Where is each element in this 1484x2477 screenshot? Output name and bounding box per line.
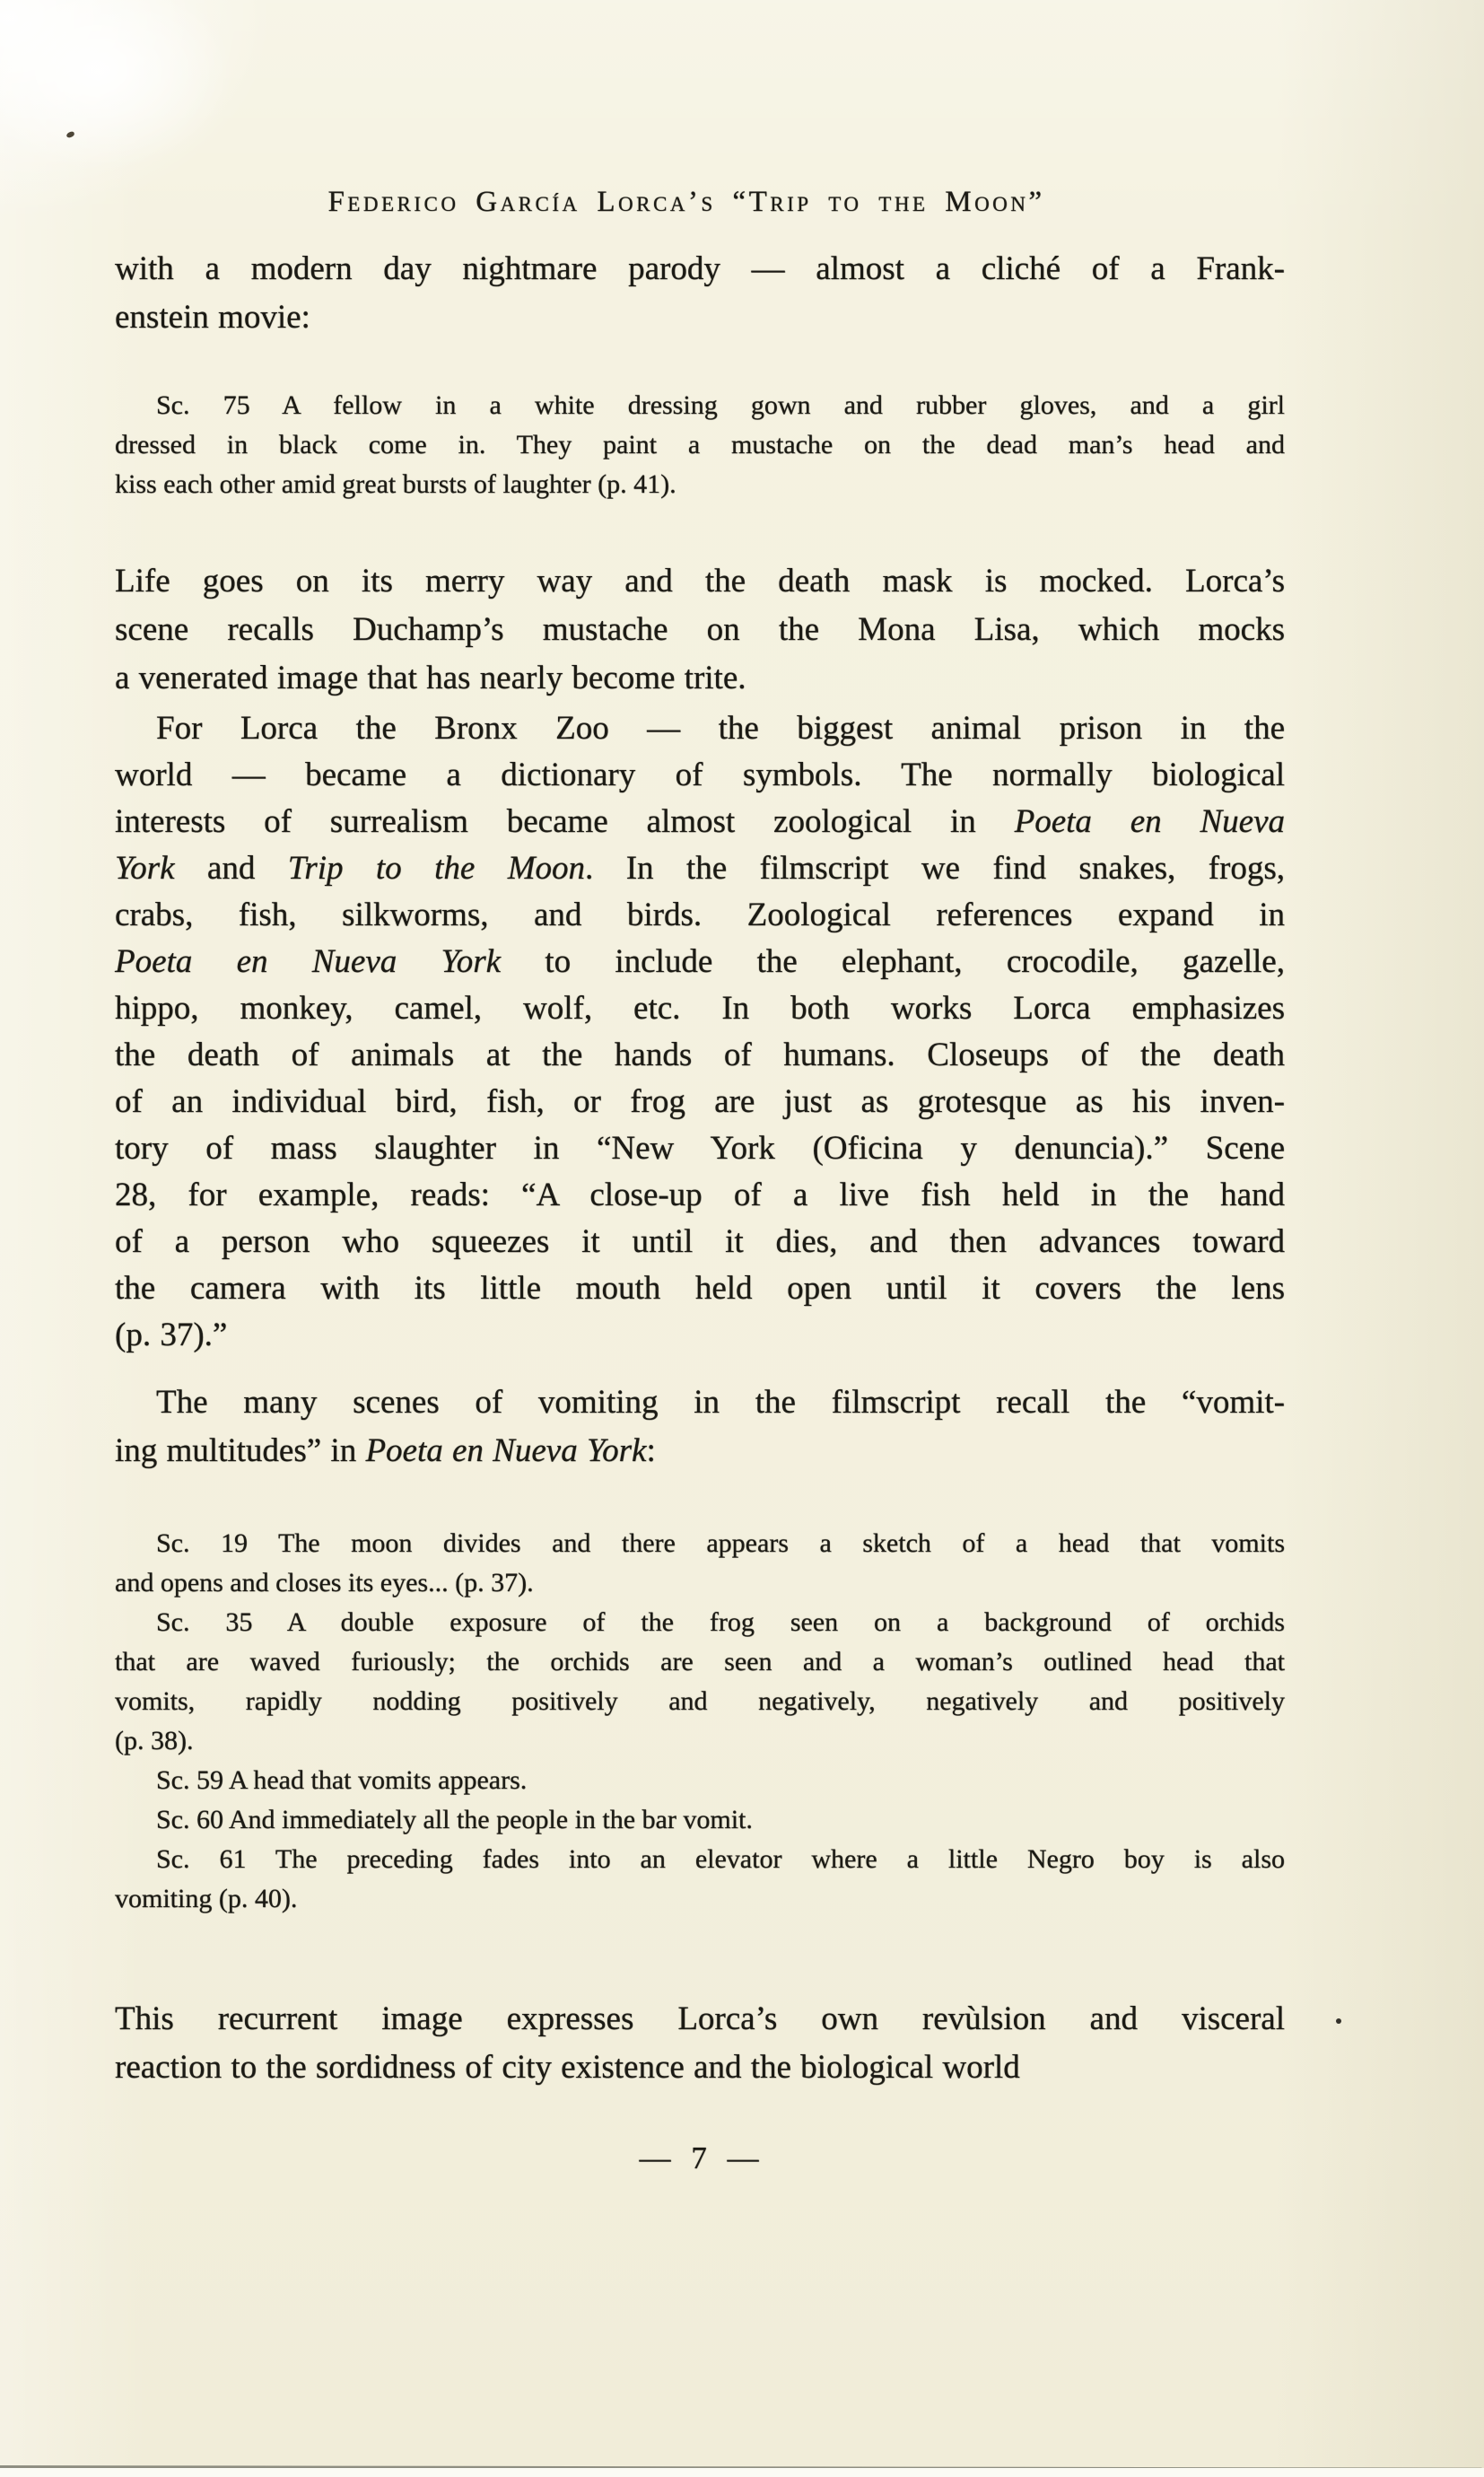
text-line: York and Trip to the Moon. In the filmsc… (115, 845, 1285, 892)
text-line: kiss each other amid great bursts of lau… (115, 465, 1285, 504)
text-line: with a modern day nightmare parody — alm… (115, 245, 1285, 293)
text-line: Life goes on its merry way and the death… (115, 557, 1285, 606)
text-line: that are waved furiously; the orchids ar… (115, 1642, 1285, 1682)
text-segment: to include the elephant, crocodile, gaze… (501, 943, 1285, 980)
ink-speck (65, 131, 74, 138)
page-number: — 7 — (115, 2140, 1285, 2176)
text-line: (p. 38). (115, 1721, 1285, 1761)
text-line: world — became a dictionary of symbols. … (115, 752, 1285, 799)
text-segment: ing multitudes” in (115, 1432, 365, 1469)
italic-text: Poeta en Nueva York (115, 943, 501, 980)
text-line: Sc. 60 And immediately all the people in… (115, 1800, 1285, 1840)
text-line: The many scenes of vomiting in the films… (115, 1379, 1285, 1427)
text-line: interests of surrealism became almost zo… (115, 799, 1285, 845)
text-line: a venerated image that has nearly become… (115, 654, 1285, 703)
text-segment: : (646, 1432, 655, 1469)
text-line: (p. 37).” (115, 1312, 1285, 1359)
paragraph-bronx-zoo: For Lorca the Bronx Zoo — the biggest an… (115, 705, 1285, 1359)
text-segment: and (175, 850, 288, 887)
text-line: Sc. 61 The preceding fades into an eleva… (115, 1840, 1285, 1879)
text-segment: . In the filmscript we find snakes, frog… (585, 850, 1285, 887)
scanned-page: Federico García Lorca’s “Trip to the Moo… (0, 0, 1484, 2477)
text-line: enstein movie: (115, 293, 1285, 342)
text-line: dressed in black come in. They paint a m… (115, 425, 1285, 465)
paragraph-life-goes-on: Life goes on its merry way and the death… (115, 557, 1285, 703)
paragraph-intro: with a modern day nightmare parody — alm… (115, 245, 1285, 342)
text-line: Poeta en Nueva York to include the eleph… (115, 939, 1285, 985)
scan-bottom-gap (0, 2468, 1484, 2477)
text-line: the camera with its little mouth held op… (115, 1265, 1285, 1312)
text-line: of a person who squeezes it until it die… (115, 1219, 1285, 1265)
text-line: ing multitudes” in Poeta en Nueva York: (115, 1427, 1285, 1475)
text-line: For Lorca the Bronx Zoo — the biggest an… (115, 705, 1285, 752)
text-line: This recurrent image expresses Lorca’s o… (115, 1995, 1285, 2044)
text-line: of an individual bird, fish, or frog are… (115, 1079, 1285, 1125)
text-line: and opens and closes its eyes... (p. 37)… (115, 1563, 1285, 1603)
text-line: Sc. 59 A head that vomits appears. (115, 1761, 1285, 1800)
text-line: vomiting (p. 40). (115, 1879, 1285, 1919)
text-line: Sc. 35 A double exposure of the frog see… (115, 1603, 1285, 1642)
blockquote-scenes-19-61: Sc. 19 The moon divides and there appear… (115, 1524, 1285, 1919)
scan-corner-highlight (0, 0, 233, 171)
text-line: 28, for example, reads: “A close-up of a… (115, 1172, 1285, 1219)
text-line: hippo, monkey, camel, wolf, etc. In both… (115, 985, 1285, 1032)
text-line: vomits, rapidly nodding positively and n… (115, 1682, 1285, 1721)
blockquote-scene-75: Sc. 75 A fellow in a white dressing gown… (115, 386, 1285, 504)
text-column: Federico García Lorca’s “Trip to the Moo… (115, 184, 1285, 2176)
text-line: Sc. 75 A fellow in a white dressing gown… (115, 386, 1285, 425)
text-line: crabs, fish, silkworms, and birds. Zoolo… (115, 892, 1285, 939)
text-line: the death of animals at the hands of hum… (115, 1032, 1285, 1079)
text-line: Sc. 19 The moon divides and there appear… (115, 1524, 1285, 1563)
ink-speck (1336, 2018, 1341, 2024)
text-line: reaction to the sordidness of city exist… (115, 2044, 1285, 2092)
text-line: tory of mass slaughter in “New York (Ofi… (115, 1125, 1285, 1172)
italic-text: York (115, 850, 175, 887)
page-header-title: Federico García Lorca’s “Trip to the Moo… (115, 184, 1258, 220)
paragraph-vomiting-scenes: The many scenes of vomiting in the films… (115, 1379, 1285, 1475)
italic-text: Poeta en Nueva York (365, 1432, 646, 1469)
italic-text: Poeta en Nueva (1015, 803, 1285, 840)
paragraph-recurrent-image: This recurrent image expresses Lorca’s o… (115, 1995, 1285, 2092)
italic-text: Trip to the Moon (288, 850, 585, 887)
text-line: scene recalls Duchamp’s mustache on the … (115, 606, 1285, 654)
text-segment: interests of surrealism became almost zo… (115, 803, 1015, 840)
